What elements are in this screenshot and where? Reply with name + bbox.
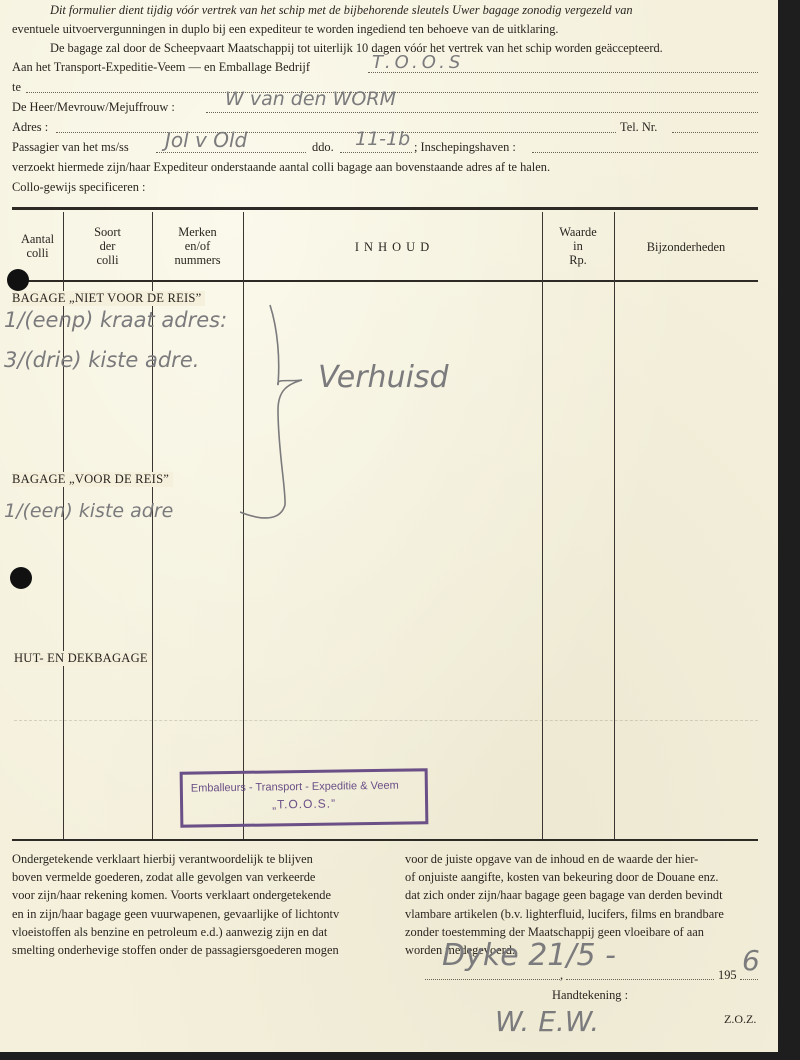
section-hut-dek: HUT- EN DEKBAGAGE xyxy=(14,651,152,666)
toos-stamp: Emballeurs - Transport - Expeditie & Vee… xyxy=(180,768,429,827)
handwritten-row-3: 1/(een) kiste adre xyxy=(4,500,173,522)
specify-line: Collo-gewijs specificeren : xyxy=(12,180,146,194)
intro-line-3: De bagage zal door de Scheepvaart Maatsc… xyxy=(50,41,663,55)
ship-label: Passagier van het ms/ss xyxy=(12,140,129,154)
signature-label: Handtekening : xyxy=(552,988,628,1002)
header-inhoud: I N H O U D xyxy=(243,240,542,254)
ddo-field[interactable] xyxy=(340,152,412,153)
port-field[interactable] xyxy=(532,152,758,153)
declaration-left: Ondergetekende verklaart hierbij verantw… xyxy=(12,850,400,959)
header-soort-der-colli: Soort der colli xyxy=(63,225,152,267)
intro-line-2: eventuele uitvoervergunningen in duplo b… xyxy=(12,22,559,36)
scan-edge-right xyxy=(778,0,800,1060)
year-handwritten: 6 xyxy=(742,944,760,977)
ship-value: Jol v Old xyxy=(165,128,247,152)
date-field[interactable] xyxy=(566,979,714,980)
table-header-rule xyxy=(12,280,758,282)
header-merken: Merken en/of nummers xyxy=(152,225,243,267)
ddo-label: ddo. xyxy=(312,140,334,154)
zoz-label: Z.O.Z. xyxy=(724,1012,756,1026)
name-value: W van den WORM xyxy=(225,88,396,110)
te-label: te xyxy=(12,80,21,94)
year-prefix: 195 xyxy=(718,968,737,982)
header-waarde: Waarde in Rp. xyxy=(542,225,614,267)
section-voor-reis: BAGAGE „VOOR DE REIS” xyxy=(12,472,173,487)
header-bijzonderheden: Bijzonderheden xyxy=(614,240,758,254)
tel-label: Tel. Nr. xyxy=(620,120,657,134)
tel-field[interactable] xyxy=(672,132,758,133)
form-paper: Dit formulier dient tijdig vóór vertrek … xyxy=(0,0,778,1052)
handwritten-inhoud: Verhuisd xyxy=(318,360,449,395)
handwritten-row-1: 1/(eenp) kraat adres: xyxy=(4,308,227,332)
punch-hole-bottom xyxy=(10,567,32,589)
header-aantal-colli: Aantal colli xyxy=(12,232,63,260)
ddo-value: 11-1b xyxy=(355,128,410,150)
address-label: Adres : xyxy=(12,120,48,134)
handwritten-row-2: 3/(drie) kiste adre. xyxy=(4,348,199,372)
section-niet-voor-reis: BAGAGE „NIET VOOR DE REIS” xyxy=(12,291,205,306)
place-date-field[interactable] xyxy=(425,979,560,980)
company-label: Aan het Transport-Expeditie-Veem — en Em… xyxy=(12,60,310,74)
table-top-rule xyxy=(12,207,758,210)
ship-field[interactable] xyxy=(156,152,306,153)
place-date-handwritten: Dyke 21/5 - xyxy=(442,938,616,973)
name-label: De Heer/Mevrouw/Mejuffrouw : xyxy=(12,100,175,114)
handwritten-brace xyxy=(240,300,320,530)
intro-line-1: Dit formulier dient tijdig vóór vertrek … xyxy=(50,3,633,17)
port-label: ; Inschepingshaven : xyxy=(414,140,516,154)
name-field[interactable] xyxy=(206,112,758,113)
scan-edge-bottom xyxy=(0,1052,800,1060)
company-value: T.O.O.S xyxy=(372,52,464,73)
punch-hole-top xyxy=(7,269,29,291)
signature-handwritten: W. E.W. xyxy=(495,1005,599,1038)
request-line: verzoekt hiermede zijn/haar Expediteur o… xyxy=(12,160,550,174)
year-field[interactable] xyxy=(740,979,758,980)
address-field[interactable] xyxy=(56,132,616,133)
